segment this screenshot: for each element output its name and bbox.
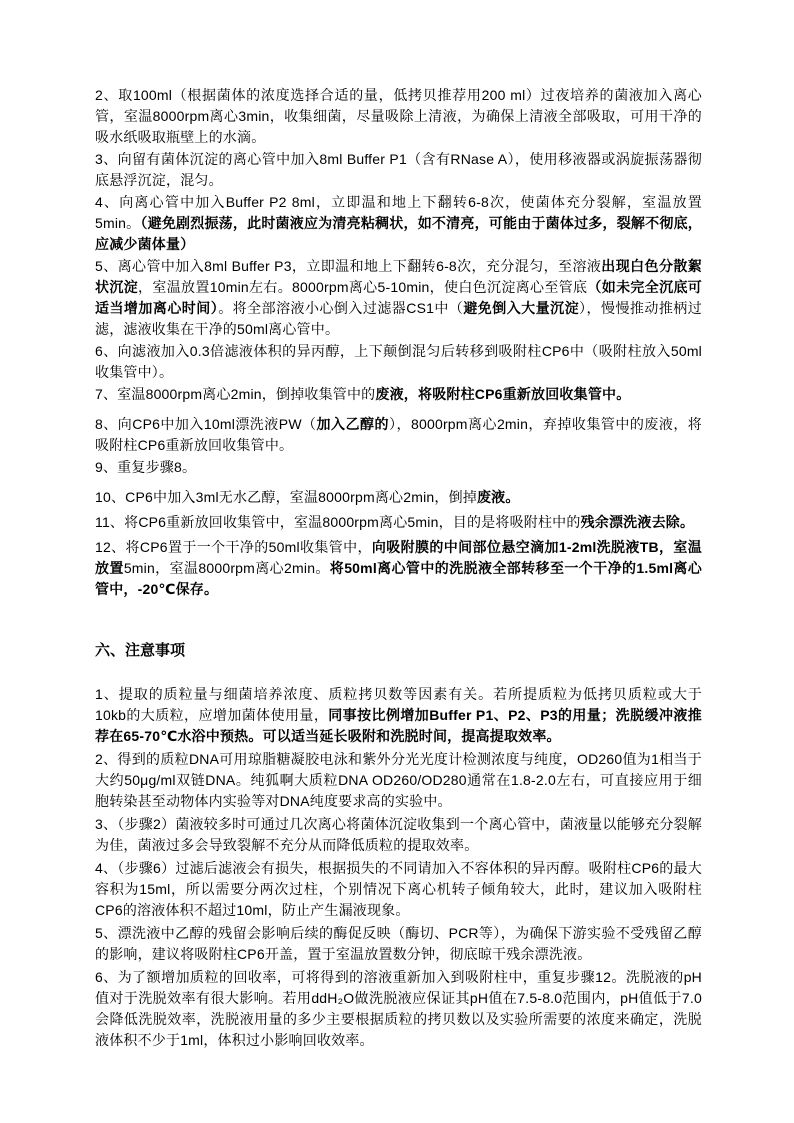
step-paragraph: 7、室温8000rpm离心2min，倒掉收集管中的废液，将吸附柱CP6重新放回收… (95, 384, 702, 405)
step-paragraph: 9、重复步骤8。 (95, 457, 702, 478)
body-text: 5、漂洗液中乙醇的残留会影响后续的酶促反映（酶切、PCR等），为确保下游实验不受… (95, 925, 702, 962)
body-text: ，室温放置10min左右。8000rpm离心5-10min，使白色沉淀离心至管底 (138, 279, 587, 295)
procedure-steps: 2、取100ml（根据菌体的浓度选择合适的量，低拷贝推荐用200 ml）过夜培养… (95, 85, 702, 600)
step-paragraph: 10、CP6中加入3ml无水乙醇，室温8000rpm离心2min，倒掉废液。 (95, 487, 702, 508)
section-title: 六、注意事项 (95, 640, 702, 662)
body-text: 6、向滤液加入0.3倍滤液体积的异丙醇，上下颠倒混匀后转移到吸附柱CP6中（吸附… (95, 343, 702, 380)
emphasis-text: 加入乙醇的 (317, 416, 389, 432)
body-text: 5min，室温8000rpm离心2min。 (124, 560, 330, 576)
emphasis-text: （避免剧烈振荡，此时菌液应为清亮粘稠状，如不清亮，可能由于菌体过多，裂解不彻底，… (95, 215, 702, 252)
emphasis-text: 残余漂洗液去除。 (581, 514, 695, 530)
note-paragraph: 3、（步骤2）菌液较多时可通过几次离心将菌体沉淀收集到一个离心管中，菌液量以能够… (95, 814, 702, 856)
step-paragraph: 2、取100ml（根据菌体的浓度选择合适的量，低拷贝推荐用200 ml）过夜培养… (95, 85, 702, 148)
body-text: 5、离心管中加入8ml Buffer P3，立即温和地上下翻转6-8次，充分混匀… (95, 258, 601, 274)
emphasis-text: 避免倒入大量沉淀 (463, 300, 579, 316)
body-text: 10、CP6中加入3ml无水乙醇，室温8000rpm离心2min，倒掉 (95, 489, 477, 505)
step-paragraph: 11、将CP6重新放回收集管中，室温8000rpm离心5min，目的是将吸附柱中… (95, 512, 702, 533)
notes-list: 1、提取的质粒量与细菌培养浓度、质粒拷贝数等因素有关。若所提质粒为低拷贝质粒或大… (95, 684, 702, 1051)
note-paragraph: 4、（步骤6）过滤后滤液会有损失，根据损失的不同请加入不容体积的异丙醇。吸附柱C… (95, 858, 702, 921)
body-text: 4、（步骤6）过滤后滤液会有损失，根据损失的不同请加入不容体积的异丙醇。吸附柱C… (95, 860, 702, 918)
emphasis-text: 废液，将吸附柱CP6重新放回收集管中。 (375, 386, 630, 402)
step-paragraph: 5、离心管中加入8ml Buffer P3，立即温和地上下翻转6-8次，充分混匀… (95, 256, 702, 340)
body-text: 9、重复步骤8。 (95, 459, 196, 475)
body-text: 6、为了额增加质粒的回收率，可将得到的溶液重新加入到吸附柱中，重复步骤12。洗脱… (95, 969, 702, 1048)
emphasis-text: 废液。 (477, 489, 520, 505)
body-text: 2、取100ml（根据菌体的浓度选择合适的量，低拷贝推荐用200 ml）过夜培养… (95, 87, 702, 145)
body-text: 7、室温8000rpm离心2min，倒掉收集管中的 (95, 386, 375, 402)
body-text: 3、（步骤2）菌液较多时可通过几次离心将菌体沉淀收集到一个离心管中，菌液量以能够… (95, 816, 702, 853)
step-paragraph: 6、向滤液加入0.3倍滤液体积的异丙醇，上下颠倒混匀后转移到吸附柱CP6中（吸附… (95, 341, 702, 383)
body-text: 11、将CP6重新放回收集管中，室温8000rpm离心5min，目的是将吸附柱中… (95, 514, 581, 530)
body-text: 2、得到的质粒DNA可用琼脂糖凝胶电泳和紫外分光光度计检测浓度与纯度，OD260… (95, 751, 702, 809)
body-text: 12、将CP6置于一个干净的50ml收集管中， (95, 539, 372, 555)
note-paragraph: 5、漂洗液中乙醇的残留会影响后续的酶促反映（酶切、PCR等），为确保下游实验不受… (95, 923, 702, 965)
step-paragraph: 3、向留有菌体沉淀的离心管中加入8ml Buffer P1（含有RNase A）… (95, 149, 702, 191)
body-text: 。将全部溶液小心倒入过滤器CS1中（ (218, 300, 463, 316)
document-page: 2、取100ml（根据菌体的浓度选择合适的量，低拷贝推荐用200 ml）过夜培养… (0, 0, 794, 1123)
body-text: 8、向CP6中加入10ml漂洗液PW（ (95, 416, 317, 432)
step-paragraph: 4、向离心管中加入Buffer P2 8ml，立即温和地上下翻转6-8次，使菌体… (95, 192, 702, 255)
note-paragraph: 2、得到的质粒DNA可用琼脂糖凝胶电泳和紫外分光光度计检测浓度与纯度，OD260… (95, 749, 702, 812)
body-text: 3、向留有菌体沉淀的离心管中加入8ml Buffer P1（含有RNase A）… (95, 151, 702, 188)
step-paragraph: 8、向CP6中加入10ml漂洗液PW（加入乙醇的），8000rpm离心2min，… (95, 414, 702, 456)
note-paragraph: 6、为了额增加质粒的回收率，可将得到的溶液重新加入到吸附柱中，重复步骤12。洗脱… (95, 967, 702, 1051)
document-content: 2、取100ml（根据菌体的浓度选择合适的量，低拷贝推荐用200 ml）过夜培养… (0, 0, 794, 1051)
note-paragraph: 1、提取的质粒量与细菌培养浓度、质粒拷贝数等因素有关。若所提质粒为低拷贝质粒或大… (95, 684, 702, 747)
step-paragraph: 12、将CP6置于一个干净的50ml收集管中，向吸附膜的中间部位悬空滴加1-2m… (95, 537, 702, 600)
